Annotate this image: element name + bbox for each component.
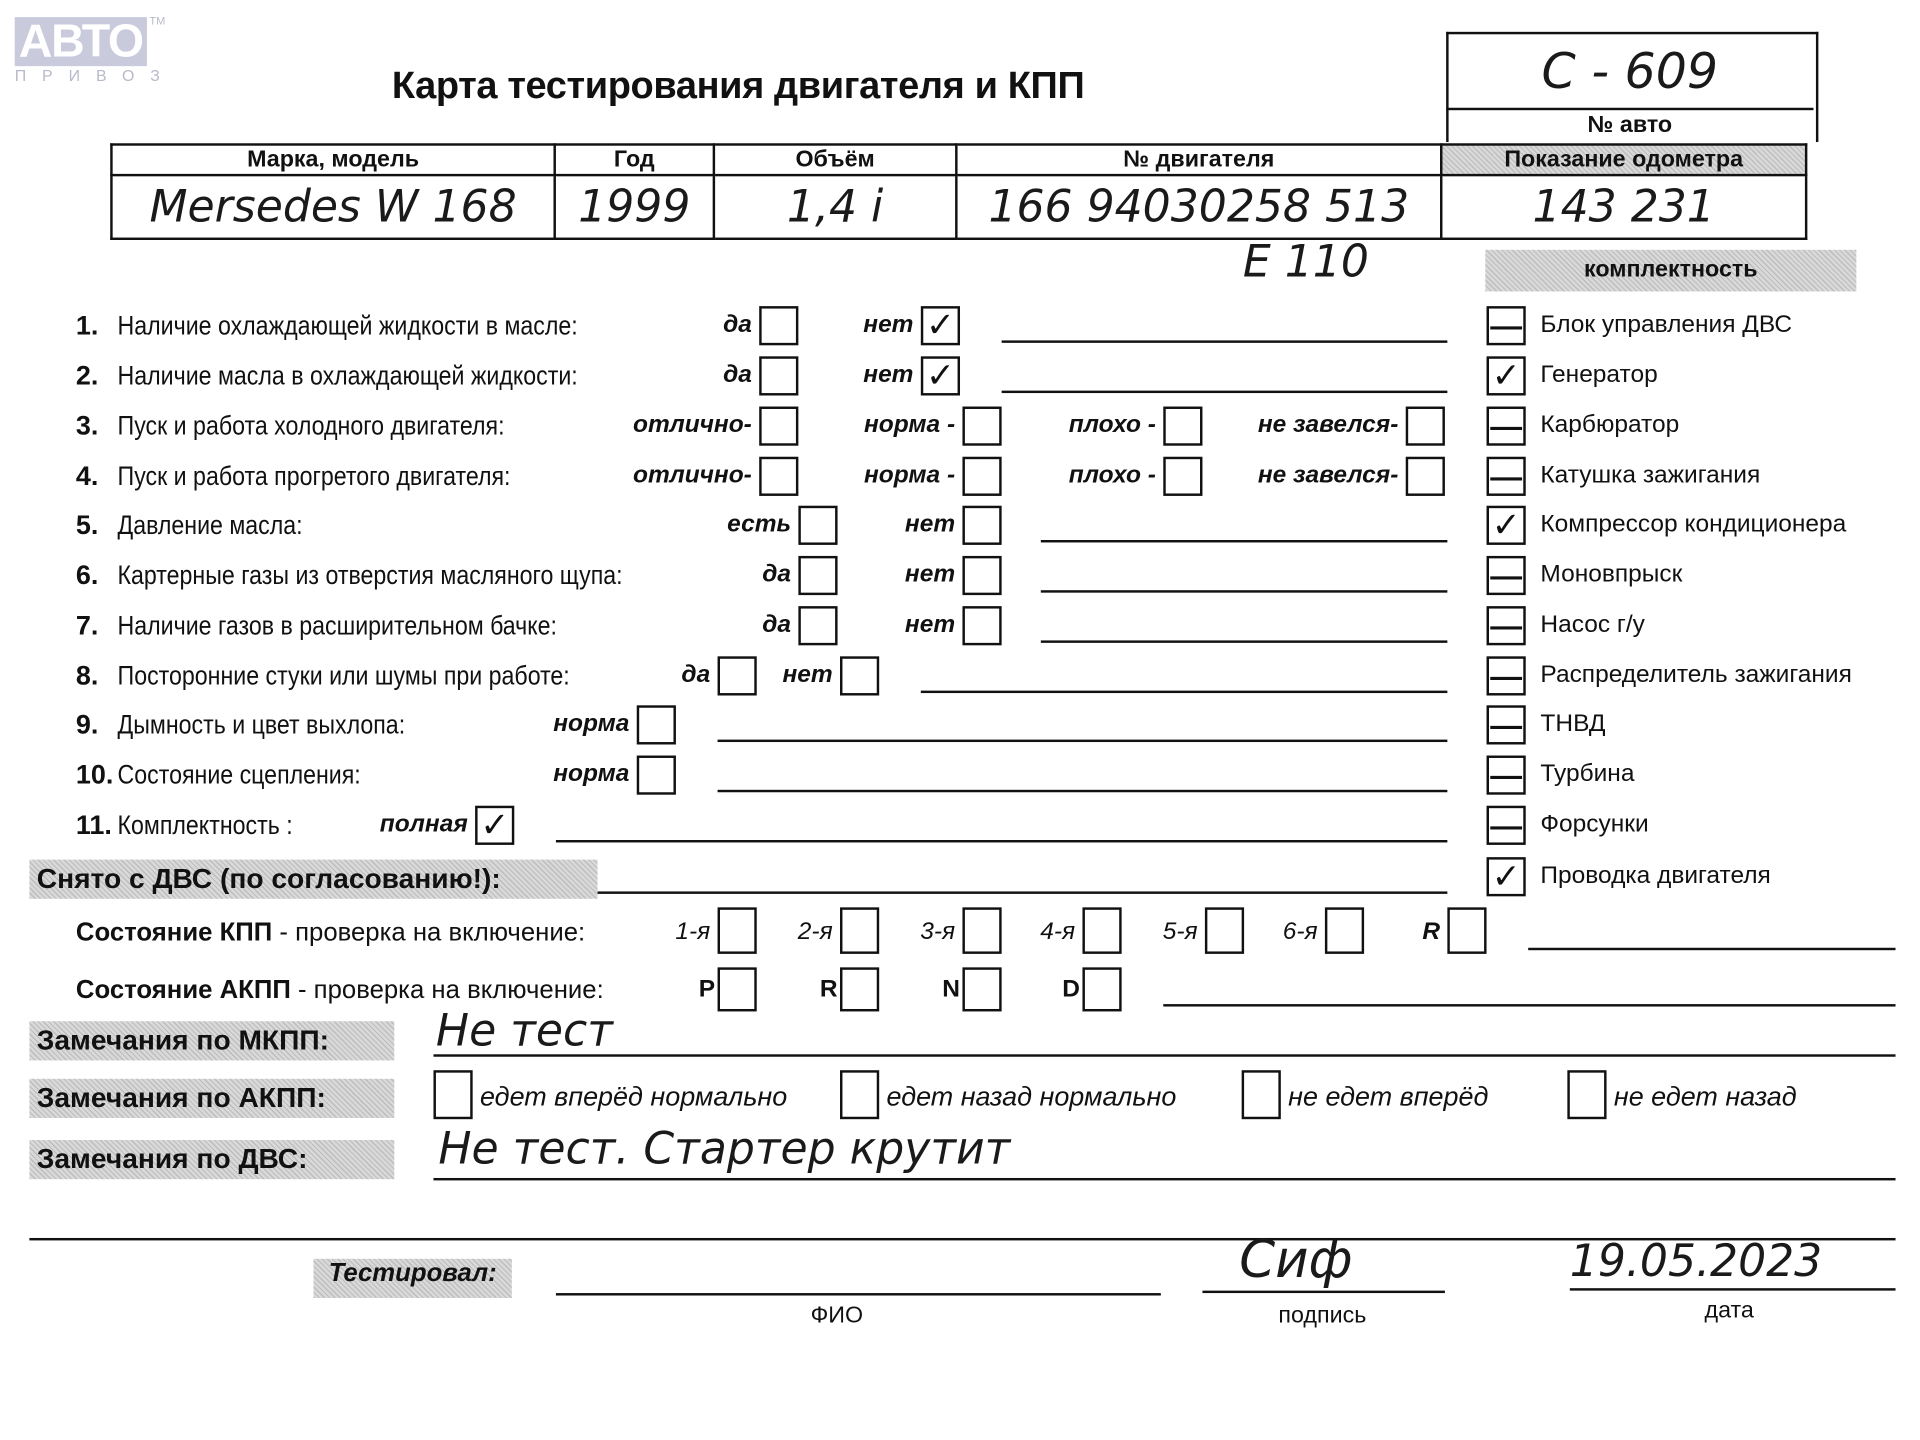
signature-label: подпись <box>1278 1303 1366 1330</box>
check-number: 7. <box>76 610 98 642</box>
col-header-volume: Объём <box>714 144 956 175</box>
check-option-label: нет <box>782 661 832 689</box>
removed-section-field[interactable] <box>598 891 1448 893</box>
check-option-label: плохо - <box>1069 411 1156 439</box>
col-header-year: Год <box>555 144 714 175</box>
check-option-label: нет <box>905 511 955 539</box>
signature-field[interactable] <box>1202 1291 1444 1293</box>
completeness-checkbox[interactable]: — <box>1487 556 1526 595</box>
kpp-notes-field[interactable] <box>1528 948 1895 950</box>
check-option-checkbox[interactable] <box>1406 407 1445 446</box>
check-option-label: нет <box>863 361 913 389</box>
akpp-label-rest: - проверка на включение: <box>291 976 604 1004</box>
check-option-label: да <box>681 661 710 689</box>
check-option-checkbox[interactable] <box>759 407 798 446</box>
test-card-document: АВТО TM ПРИВОЗ Карта тестирования двигат… <box>0 0 1920 1440</box>
check-option-checkbox[interactable] <box>637 705 676 744</box>
logo: АВТО <box>15 17 147 66</box>
check-notes-field[interactable] <box>1002 391 1448 393</box>
check-number: 6. <box>76 560 98 592</box>
logo-subtitle: ПРИВОЗ <box>15 66 176 84</box>
make-model-value[interactable]: Mersedes W 168 <box>111 175 554 239</box>
completeness-item-label: Блок управления ДВС <box>1540 311 1792 339</box>
check-option-checkbox[interactable]: ✓ <box>921 306 960 345</box>
check-label: Посторонние стуки или шумы при работе: <box>118 660 570 692</box>
completeness-item-label: Генератор <box>1540 361 1657 389</box>
col-header-odometer: Показание одометра <box>1441 144 1806 175</box>
check-option-label: нет <box>905 561 955 589</box>
akpp-remark-option-label: не едет назад <box>1614 1081 1797 1113</box>
completeness-item-label: Компрессор кондиционера <box>1540 511 1846 539</box>
check-option-label: да <box>723 311 752 339</box>
completeness-item-label: ТНВД <box>1540 710 1605 738</box>
akpp-remark-checkbox[interactable] <box>840 1070 879 1119</box>
completeness-checkbox[interactable]: ✓ <box>1487 356 1526 395</box>
check-option-label: плохо - <box>1069 462 1156 490</box>
completeness-checkbox[interactable]: — <box>1487 806 1526 845</box>
check-option-label: не завелся- <box>1258 411 1399 439</box>
akpp-position-checkbox[interactable] <box>1082 967 1121 1011</box>
check-option-checkbox[interactable] <box>759 356 798 395</box>
check-option-checkbox[interactable] <box>962 556 1001 595</box>
date-label: дата <box>1705 1298 1754 1325</box>
car-number-value[interactable]: С - 609 <box>1446 44 1813 100</box>
check-number: 11. <box>76 809 112 841</box>
page-title: Карта тестирования двигателя и КПП <box>392 64 1085 108</box>
check-option-checkbox[interactable]: ✓ <box>475 806 514 845</box>
year-value[interactable]: 1999 <box>555 175 714 239</box>
check-number: 4. <box>76 460 98 492</box>
check-label: Дымность и цвет выхлопа: <box>118 709 406 741</box>
completeness-checkbox[interactable]: — <box>1487 656 1526 695</box>
check-option-checkbox[interactable] <box>962 407 1001 446</box>
check-option-label: есть <box>727 511 791 539</box>
kpp-gear-checkbox[interactable] <box>1325 907 1364 954</box>
kpp-gear-checkbox[interactable] <box>962 907 1001 954</box>
akpp-remark-option-label: не едет вперёд <box>1288 1081 1488 1113</box>
check-notes-field[interactable] <box>556 840 1447 842</box>
completeness-checkbox[interactable]: — <box>1487 407 1526 446</box>
check-option-checkbox[interactable] <box>798 506 837 545</box>
check-label: Пуск и работа прогретого двигателя: <box>118 460 511 492</box>
akpp-remark-option-label: едет назад нормально <box>887 1081 1177 1113</box>
logo-tm: TM <box>149 15 165 27</box>
akpp-remarks-label: Замечания по АКПП: <box>29 1079 394 1118</box>
akpp-position-checkbox[interactable] <box>962 967 1001 1011</box>
check-label: Наличие газов в расширительном бачке: <box>118 610 557 642</box>
volume-value[interactable]: 1,4 i <box>714 175 956 239</box>
check-number: 9. <box>76 709 98 741</box>
check-label: Картерные газы из отверстия масляного щу… <box>118 560 623 592</box>
check-option-label: не завелся- <box>1258 462 1399 490</box>
check-option-checkbox[interactable] <box>962 606 1001 645</box>
kpp-gear-checkbox[interactable] <box>1082 907 1121 954</box>
completeness-item-label: Форсунки <box>1540 811 1648 839</box>
check-option-label: отлично- <box>633 462 752 490</box>
completeness-checkbox[interactable]: ✓ <box>1487 857 1526 896</box>
date-field[interactable] <box>1570 1288 1896 1290</box>
signature-value: Сиф <box>1239 1229 1352 1289</box>
mkpp-remarks-line <box>433 1054 1895 1056</box>
akpp-position-label: R <box>820 976 838 1004</box>
check-number: 5. <box>76 509 98 541</box>
completeness-checkbox[interactable]: — <box>1487 705 1526 744</box>
check-number: 10. <box>76 759 113 791</box>
completeness-checkbox[interactable]: — <box>1487 306 1526 345</box>
kpp-gear-label: 1-я <box>675 918 710 946</box>
akpp-label-bold: Состояние АКПП <box>76 976 291 1004</box>
akpp-position-checkbox[interactable] <box>840 967 879 1011</box>
kpp-gear-label: 3-я <box>920 918 955 946</box>
check-number: 1. <box>76 310 98 342</box>
check-notes-field[interactable] <box>1041 590 1448 592</box>
engine-number-value[interactable]: 166 94030258 513 <box>956 175 1441 239</box>
check-option-label: норма - <box>864 411 955 439</box>
akpp-remark-checkbox[interactable] <box>1242 1070 1281 1119</box>
akpp-remark-option-label: едет вперёд нормально <box>480 1081 787 1113</box>
odometer-value[interactable]: 143 231 <box>1441 175 1806 239</box>
akpp-label: Состояние АКПП - проверка на включение: <box>76 976 604 1005</box>
check-option-label: норма <box>553 760 629 788</box>
fio-field[interactable] <box>556 1293 1161 1295</box>
completeness-checkbox[interactable]: ✓ <box>1487 506 1526 545</box>
check-option-checkbox[interactable] <box>962 506 1001 545</box>
removed-section-label: Снято с ДВС (по согласованию!): <box>29 860 597 899</box>
completeness-item-label: Распределитель зажигания <box>1540 661 1851 689</box>
check-notes-field[interactable] <box>1041 640 1448 642</box>
engine-code-note: E 110 <box>1243 238 1369 288</box>
akpp-remark-checkbox[interactable] <box>1567 1070 1606 1119</box>
mkpp-remarks-value[interactable]: Не тест <box>436 1007 613 1057</box>
completeness-header: комплектность <box>1485 250 1856 292</box>
check-option-checkbox[interactable] <box>962 457 1001 496</box>
akpp-remark-checkbox[interactable] <box>433 1070 472 1119</box>
check-option-label: нет <box>863 311 913 339</box>
akpp-position-label: D <box>1062 976 1080 1004</box>
completeness-item-label: Моновпрыск <box>1540 561 1682 589</box>
check-option-checkbox[interactable] <box>1163 407 1202 446</box>
kpp-gear-label: 2-я <box>798 918 833 946</box>
tested-by-label: Тестировал: <box>313 1259 511 1298</box>
completeness-item-label: Насос г/у <box>1540 611 1644 639</box>
kpp-label: Состояние КПП - проверка на включение: <box>76 918 585 947</box>
check-option-checkbox[interactable] <box>798 606 837 645</box>
check-label: Комплектность : <box>118 809 293 841</box>
check-option-checkbox[interactable] <box>840 656 879 695</box>
check-label: Пуск и работа холодного двигателя: <box>118 410 505 442</box>
check-label: Состояние сцепления: <box>118 759 361 791</box>
kpp-gear-label: 6-я <box>1283 918 1318 946</box>
check-option-label: норма - <box>864 462 955 490</box>
completeness-item-label: Проводка двигателя <box>1540 862 1770 890</box>
mkpp-remarks-label: Замечания по МКПП: <box>29 1021 394 1060</box>
check-option-checkbox[interactable] <box>718 656 757 695</box>
kpp-label-bold: Состояние КПП <box>76 918 272 946</box>
kpp-gear-label: 4-я <box>1040 918 1075 946</box>
date-value[interactable]: 19.05.2023 <box>1570 1237 1822 1287</box>
kpp-gear-label: R <box>1422 918 1440 946</box>
check-number: 2. <box>76 360 98 392</box>
check-notes-field[interactable] <box>921 691 1448 693</box>
col-header-engine-number: № двигателя <box>956 144 1441 175</box>
check-label: Наличие масла в охлаждающей жидкости: <box>118 360 578 392</box>
check-option-checkbox[interactable] <box>759 457 798 496</box>
completeness-checkbox[interactable]: — <box>1487 606 1526 645</box>
check-option-label: нет <box>905 611 955 639</box>
fio-label: ФИО <box>811 1303 864 1330</box>
col-header-make-model: Марка, модель <box>111 144 554 175</box>
check-option-label: полная <box>380 811 468 839</box>
check-notes-field[interactable] <box>718 740 1448 742</box>
completeness-item-label: Катушка зажигания <box>1540 462 1760 490</box>
akpp-position-label: P <box>699 976 715 1004</box>
kpp-gear-label: 5-я <box>1163 918 1198 946</box>
check-option-checkbox[interactable]: ✓ <box>921 356 960 395</box>
check-option-label: да <box>762 561 791 589</box>
akpp-position-label: N <box>942 976 960 1004</box>
check-option-label: норма <box>553 710 629 738</box>
check-option-label: отлично- <box>633 411 752 439</box>
kpp-gear-checkbox[interactable] <box>1205 907 1244 954</box>
vehicle-info-table: Марка, модель Год Объём № двигателя Пока… <box>110 143 1807 240</box>
kpp-label-rest: - проверка на включение: <box>272 918 585 946</box>
completeness-item-label: Турбина <box>1540 760 1634 788</box>
completeness-checkbox[interactable]: — <box>1487 756 1526 795</box>
completeness-checkbox[interactable]: — <box>1487 457 1526 496</box>
completeness-item-label: Карбюратор <box>1540 411 1679 439</box>
check-option-label: да <box>762 611 791 639</box>
check-option-checkbox[interactable] <box>1163 457 1202 496</box>
check-notes-field[interactable] <box>1002 340 1448 342</box>
check-option-checkbox[interactable] <box>798 556 837 595</box>
dvs-remarks-label: Замечания по ДВС: <box>29 1140 394 1179</box>
check-option-label: да <box>723 361 752 389</box>
kpp-gear-checkbox[interactable] <box>718 907 757 954</box>
dvs-remarks-line <box>433 1178 1895 1180</box>
dvs-remarks-value[interactable]: Не тест. Стартер крутит <box>438 1124 1010 1174</box>
check-label: Давление масла: <box>118 509 303 541</box>
akpp-notes-field[interactable] <box>1163 1004 1895 1006</box>
check-option-checkbox[interactable] <box>759 306 798 345</box>
check-option-checkbox[interactable] <box>1406 457 1445 496</box>
check-number: 3. <box>76 410 98 442</box>
kpp-gear-checkbox[interactable] <box>1447 907 1486 954</box>
check-notes-field[interactable] <box>1041 540 1448 542</box>
kpp-gear-checkbox[interactable] <box>840 907 879 954</box>
check-notes-field[interactable] <box>718 790 1448 792</box>
akpp-position-checkbox[interactable] <box>718 967 757 1011</box>
car-number-label: № авто <box>1446 108 1813 142</box>
check-label: Наличие охлаждающей жидкости в масле: <box>118 310 578 342</box>
check-number: 8. <box>76 660 98 692</box>
check-option-checkbox[interactable] <box>637 756 676 795</box>
